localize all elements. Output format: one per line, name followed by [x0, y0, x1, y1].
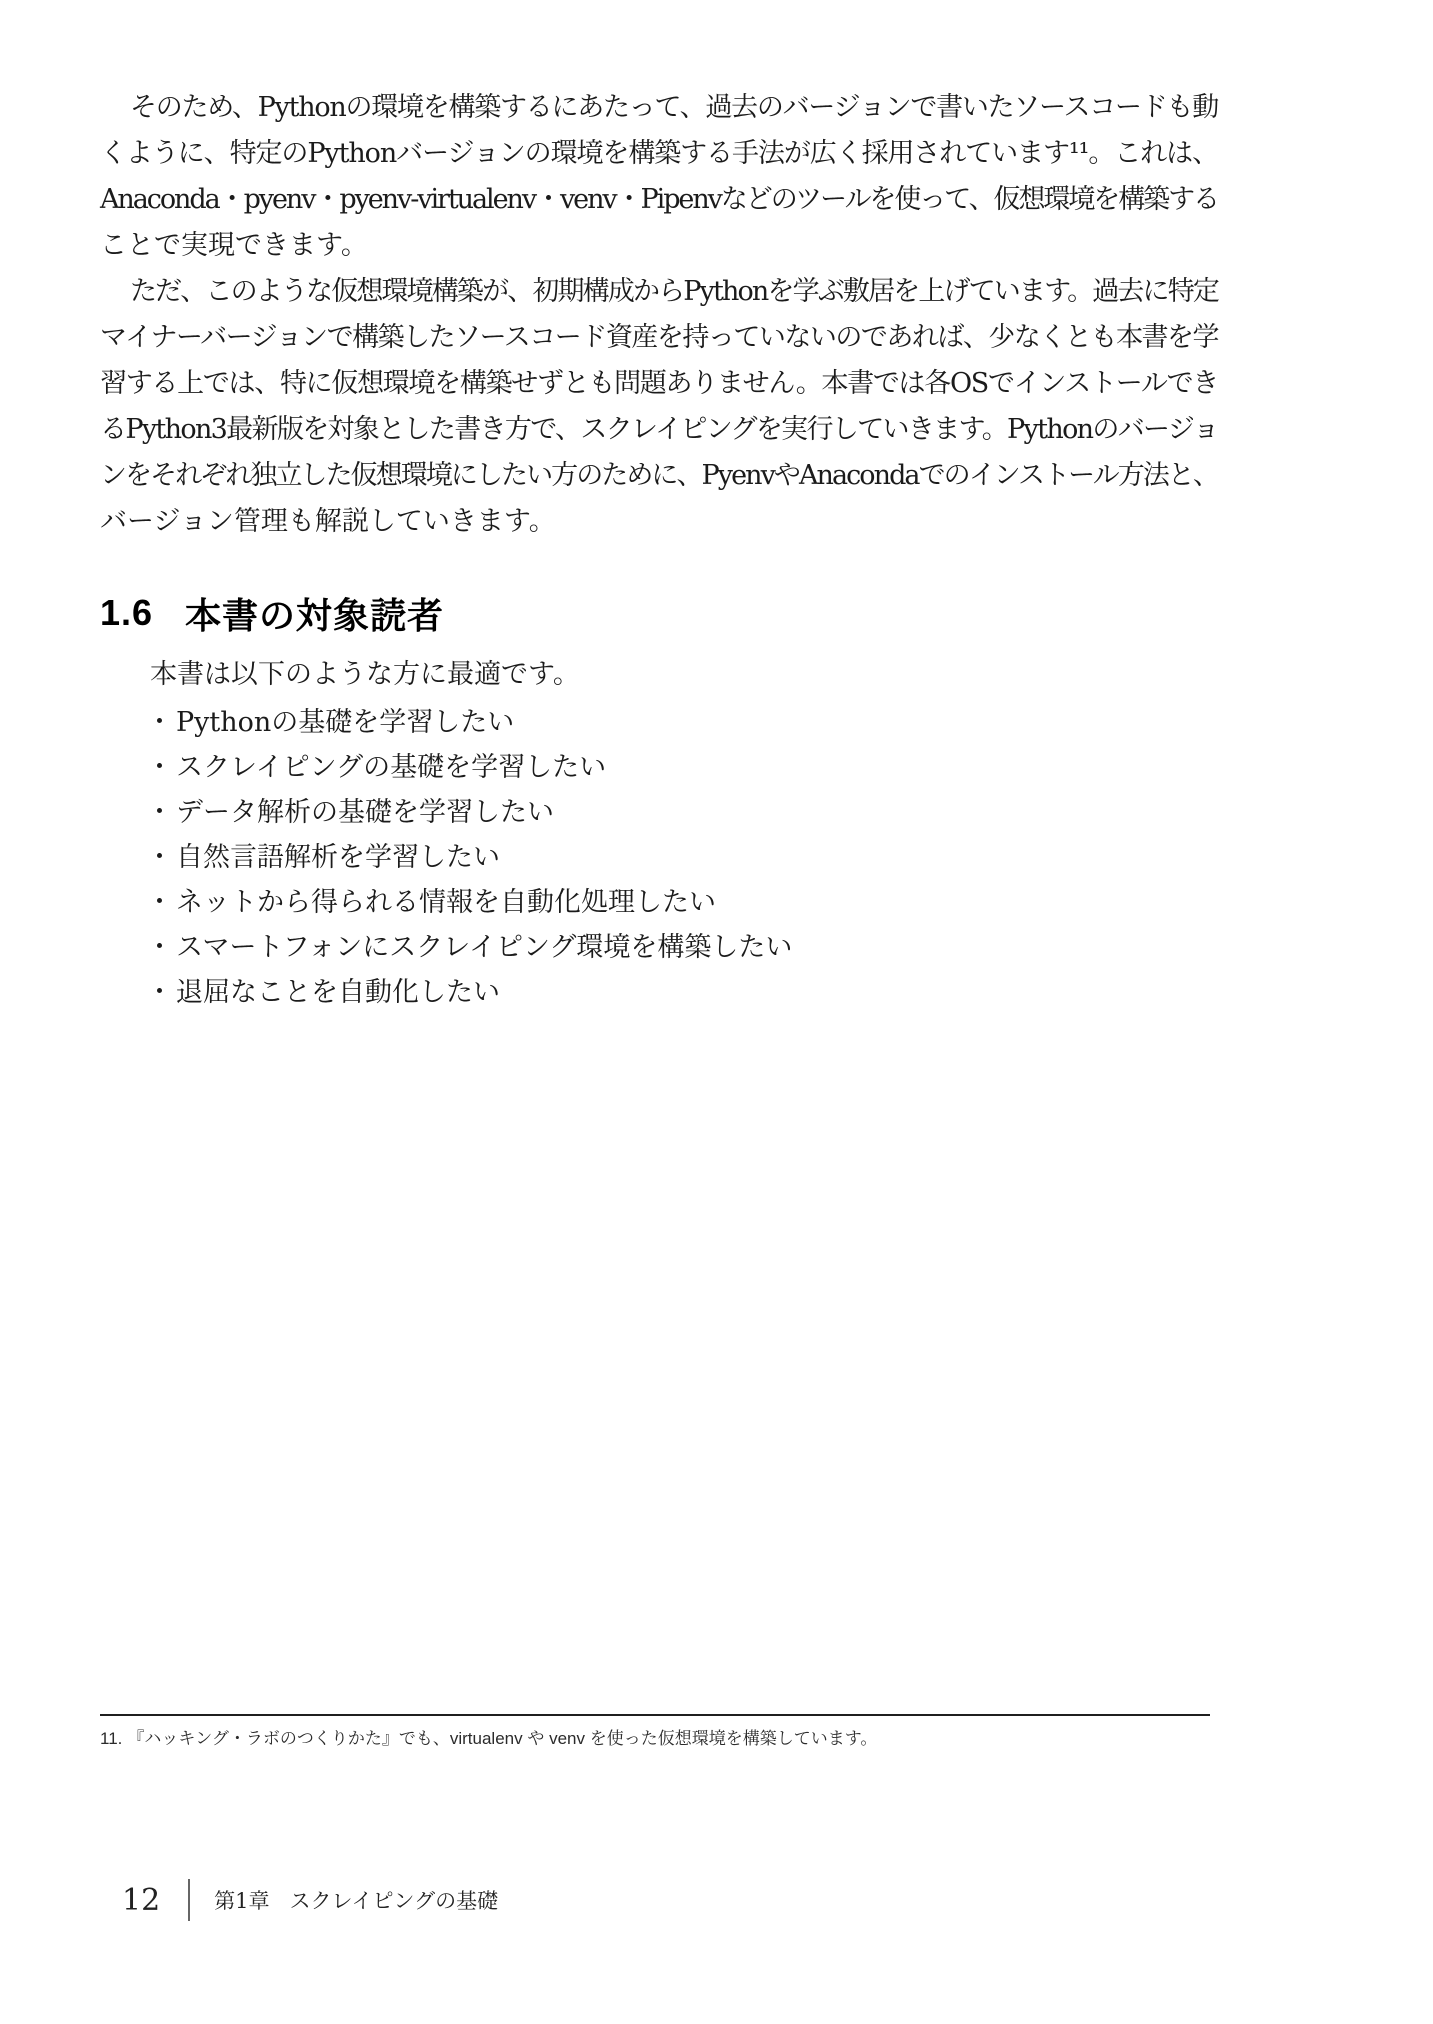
bullet-marker: ・ [146, 880, 176, 925]
chapter-heading: 第1章 スクレイピングの基礎 [214, 1885, 498, 1915]
section-intro: 本書は以下のような方に最適です。 [100, 652, 1218, 698]
list-item: ・Pythonの基礎を学習したい [146, 700, 1218, 745]
page-footer: 12 第1章 スクレイピングの基礎 [122, 1878, 498, 1922]
footnote-divider [100, 1714, 1210, 1716]
list-item: ・退屈なことを自動化したい [146, 970, 1218, 1015]
body-paragraph-line: バージョン管理も解説していきます。 [100, 499, 1218, 545]
list-item: ・自然言語解析を学習したい [146, 835, 1218, 880]
list-item: ・スマートフォンにスクレイピング環境を構築したい [146, 925, 1218, 970]
bullet-marker: ・ [146, 925, 176, 970]
footnote: 11. 『ハッキング・ラボのつくりかた』でも、virtualenv や venv… [100, 1726, 877, 1752]
body-paragraph-line: ただ、このような仮想環境構築が、初期構成からPythonを学ぶ敷居を上げています… [100, 269, 1218, 315]
section-title: 本書の対象読者 [185, 588, 444, 639]
body-paragraph-line: マイナーバージョンで構築したソースコード資産を持っていないのであれば、少なくとも… [100, 315, 1218, 361]
body-paragraph-line: ンをそれぞれ独立した仮想環境にしたい方のために、PyenvやAnacondaでの… [100, 453, 1218, 499]
chapter-label: 第1章 [214, 1885, 269, 1915]
footnote-number: 11. [100, 1726, 122, 1752]
section-heading: 1.6 本書の対象読者 [100, 588, 1218, 638]
list-item: ・スクレイピングの基礎を学習したい [146, 745, 1218, 790]
list-item-text: 退屈なことを自動化したい [176, 970, 500, 1015]
footnote-text: 『ハッキング・ラボのつくりかた』でも、virtualenv や venv を使っ… [127, 1726, 877, 1752]
page-number: 12 [122, 1883, 160, 1918]
chapter-title: スクレイピングの基礎 [290, 1885, 499, 1915]
body-paragraph-line: くように、特定のPythonバージョンの環境を構築する手法が広く採用されています… [100, 131, 1218, 177]
section-number: 1.6 [100, 592, 153, 634]
body-paragraph-line: Anaconda・pyenv・pyenv-virtualenv・venv・Pip… [100, 177, 1218, 223]
bullet-marker: ・ [146, 835, 176, 880]
bullet-marker: ・ [146, 745, 176, 790]
bullet-marker: ・ [146, 790, 176, 835]
book-page: そのため、Pythonの環境を構築するにあたって、過去のバージョンで書いたソース… [0, 0, 1433, 2024]
target-reader-list: ・Pythonの基礎を学習したい ・スクレイピングの基礎を学習したい ・データ解… [100, 700, 1218, 1015]
list-item-text: Pythonの基礎を学習したい [176, 700, 514, 745]
body-paragraph-line: るPython3最新版を対象とした書き方で、スクレイピングを実行していきます。P… [100, 407, 1218, 453]
list-item-text: データ解析の基礎を学習したい [176, 790, 554, 835]
bullet-marker: ・ [146, 700, 176, 745]
list-item-text: ネットから得られる情報を自動化処理したい [176, 880, 716, 925]
list-item-text: スマートフォンにスクレイピング環境を構築したい [176, 925, 792, 970]
list-item: ・ネットから得られる情報を自動化処理したい [146, 880, 1218, 925]
footer-divider [188, 1879, 190, 1921]
bullet-marker: ・ [146, 970, 176, 1015]
list-item-text: 自然言語解析を学習したい [176, 835, 500, 880]
page-content: そのため、Pythonの環境を構築するにあたって、過去のバージョンで書いたソース… [100, 85, 1218, 1015]
list-item: ・データ解析の基礎を学習したい [146, 790, 1218, 835]
list-item-text: スクレイピングの基礎を学習したい [176, 745, 606, 790]
body-paragraph-line: そのため、Pythonの環境を構築するにあたって、過去のバージョンで書いたソース… [100, 85, 1218, 131]
body-paragraph-line: 習する上では、特に仮想環境を構築せずとも問題ありません。本書では各OSでインスト… [100, 361, 1218, 407]
body-paragraph-line: ことで実現できます。 [100, 223, 1218, 269]
